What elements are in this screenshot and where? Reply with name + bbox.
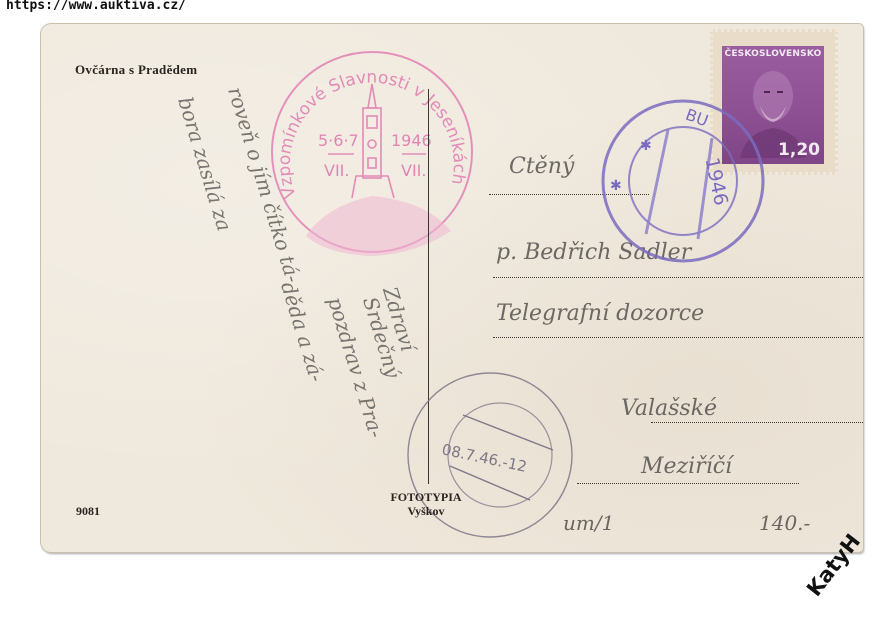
cancel-month-left: VII. <box>324 161 349 180</box>
address-line-2 <box>493 277 863 278</box>
postmark-year: 1946 <box>701 156 733 208</box>
svg-text:✱: ✱ <box>640 139 652 154</box>
address-occupation: Telegrafní dozorce <box>496 301 704 326</box>
address-city-1: Valašské <box>621 396 717 421</box>
address-salutation: Ctěný <box>509 154 574 179</box>
stamp-country: ČESKOSLOVENSKO <box>722 49 824 59</box>
address-line-3 <box>493 337 863 338</box>
pencil-note-catalog: um/1 <box>563 511 614 535</box>
svg-text:✱: ✱ <box>610 179 622 194</box>
address-city-2: Meziříčí <box>641 454 732 479</box>
postcard-title: Ovčárna s Pradědem <box>75 62 197 78</box>
postmark-date: 08.7.46.-12 <box>440 440 528 476</box>
publisher: FOTOTYPIA Vyškov <box>366 490 486 518</box>
postcard: Ovčárna s Pradědem Vzpomínkové Slavnosti… <box>41 24 863 552</box>
violet-postmark: 1946 BU ✱ ✱ <box>596 94 771 269</box>
auction-url-watermark: https://www.auktiva.cz/ <box>6 0 186 13</box>
cancel-year: 1946 <box>391 131 432 150</box>
publisher-name: FOTOTYPIA <box>366 490 486 504</box>
address-line-4 <box>651 422 863 423</box>
cancel-month-right: VII. <box>401 161 426 180</box>
commemorative-cancel-stamp: Vzpomínkové Slavnosti v Jeseníkách 5·6·7… <box>266 46 478 258</box>
pencil-note-price: 140.- <box>759 511 810 535</box>
card-number: 9081 <box>76 504 100 519</box>
address-line-5 <box>577 483 799 484</box>
message-line-6: bora zasílá za <box>173 94 237 234</box>
message-line-4: děda a zá- <box>276 279 329 385</box>
cancel-dates: 5·6·7 <box>318 131 359 150</box>
stamp-value: 1,20 <box>778 140 820 160</box>
publisher-city: Vyškov <box>366 504 486 518</box>
